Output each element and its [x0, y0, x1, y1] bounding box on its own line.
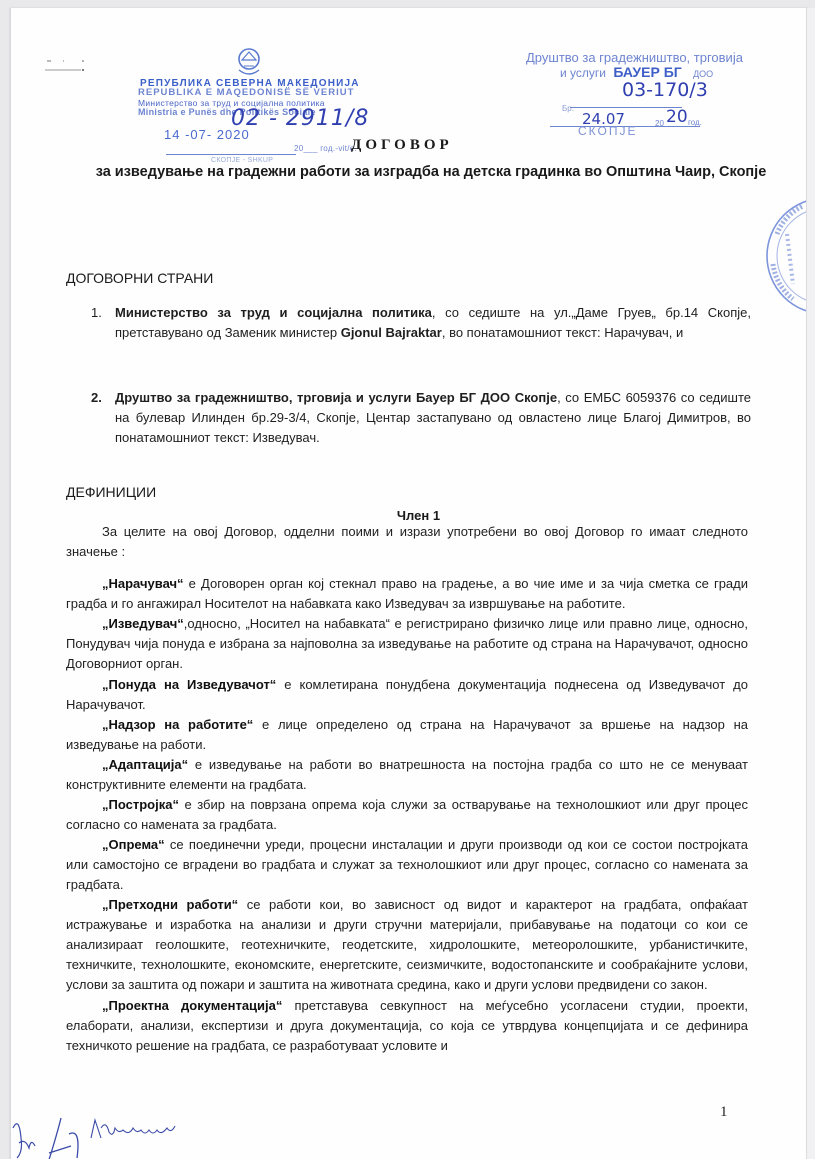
coat-of-arms-icon [234, 46, 264, 80]
parties-heading: ДОГОВОРНИ СТРАНИ [66, 270, 213, 286]
party-text-tail: , во понатамошниот текст: Нарачувач, и [442, 325, 683, 340]
company-stamp-line1: Друштво за градежништво, трговија [526, 50, 743, 65]
company-registry-number: 03-170/3 [622, 79, 708, 101]
company-stamp-number-label: Бр. [562, 104, 574, 113]
definition-item: „Претходни работи“ се работи кои, во зав… [66, 895, 748, 995]
vertical-scrollbar[interactable] [806, 8, 815, 1159]
definition-term: „Понуда на Изведувачот“ [102, 677, 276, 692]
definition-term: „Опрема“ [102, 837, 165, 852]
ministry-stamp-date: 14 -07- 2020 [164, 130, 250, 140]
definition-item: „Адаптација“ е изведување на работи во в… [66, 755, 748, 795]
page-number: 1 [720, 1104, 728, 1121]
handwritten-signatures-icon [11, 1108, 261, 1159]
ministry-stamp-line2: REPUBLIKA E MAQEDONISË SË VERIUT [138, 88, 354, 98]
definition-text: се поединечни уреди, процесни инсталации… [66, 837, 748, 892]
ministry-stamp-underline [166, 154, 296, 155]
party-representative: Gjonul Bajraktar [341, 325, 442, 340]
definition-term: „Надзор на работите“ [102, 717, 253, 732]
party-number: 1. [91, 303, 111, 323]
definition-item: „Опрема“ се поединечни уреди, процесни и… [66, 835, 748, 895]
company-stamp-city: СКОПЈЕ [578, 124, 637, 138]
ministry-registry-number: 02 - 2911/8 [231, 114, 369, 124]
party-item-2: 2. Друштво за градежништво, трговија и у… [91, 388, 751, 448]
document-title: ДОГОВОР [351, 137, 453, 154]
definition-item: „Нарачувач“ е Договорен орган кој стекна… [66, 574, 748, 614]
definition-item: „Проектна документација“ претставува сев… [66, 996, 748, 1056]
company-stamp-line2: и услуги БАУЕР БГ ДОО [560, 64, 713, 80]
definitions-intro: За целите на овој Договор, одделни поими… [66, 522, 748, 562]
definition-item: „Изведувач“,односно, „Носител на набавка… [66, 614, 748, 674]
party-name: Министерство за труд и социјална политик… [115, 305, 432, 320]
article-title: Член 1 [11, 508, 815, 523]
party-name: Друштво за градежништво, трговија и услу… [115, 390, 557, 405]
company-stamp-suffix: ДОО [693, 69, 713, 79]
definition-term: „Проектна документација“ [102, 998, 282, 1013]
intro-text: За целите на овој Договор, одделни поими… [66, 524, 748, 559]
party-item-1: 1. Министерство за труд и социјална поли… [91, 303, 751, 343]
ministry-stamp-year-label: 20___ год.-vit/e. [294, 144, 357, 154]
definition-term: „Изведувач“ [102, 616, 184, 631]
definition-term: „Претходни работи“ [102, 897, 238, 912]
definition-term: „Адаптација“ [102, 757, 188, 772]
company-stamp-prefix: и услуги [560, 66, 606, 80]
document-subtitle: за изведување на градежни работи за изгр… [71, 160, 791, 184]
document-page: РЕПУБЛИКА СЕВЕРНА МАКЕДОНИЈА REPUBLIKA E… [10, 8, 808, 1159]
company-stamp-name: БАУЕР БГ [613, 64, 681, 80]
definitions-heading: ДЕФИНИЦИИ [66, 484, 156, 500]
definition-item: „Надзор на работите“ е лице определено о… [66, 715, 748, 755]
corner-marks-icon [41, 56, 91, 76]
definition-term: „Нарачувач“ [102, 576, 184, 591]
definition-term: „Постројка“ [102, 797, 179, 812]
definition-item: „Понуда на Изведувачот“ е комлетирана по… [66, 675, 748, 715]
definition-item: „Постројка“ е збир на поврзана опрема ко… [66, 795, 748, 835]
party-number: 2. [91, 388, 111, 408]
company-stamp-year: 20 [666, 107, 688, 127]
